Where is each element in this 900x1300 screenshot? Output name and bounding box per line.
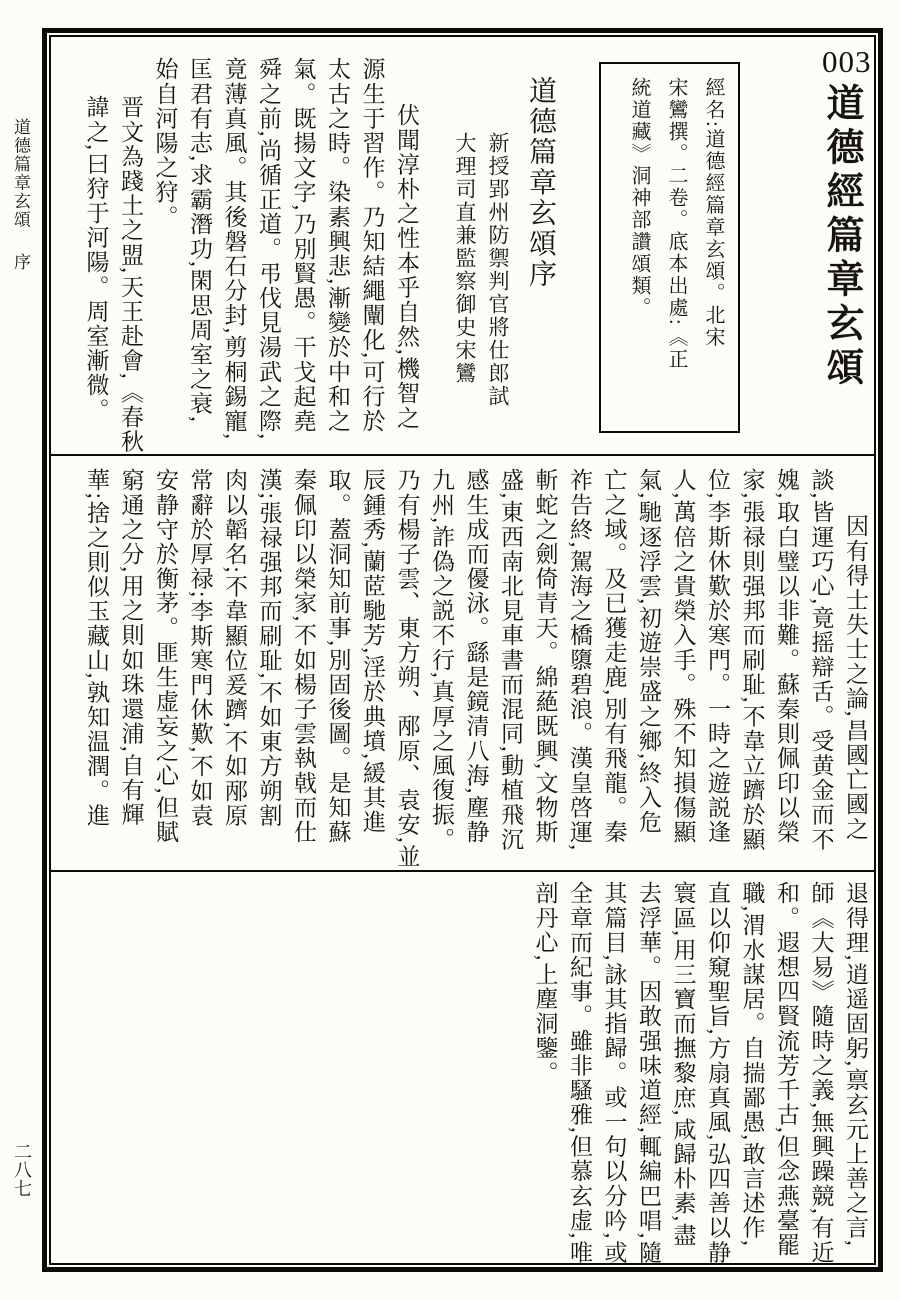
text-column: 源生于習作。乃知結繩闡化,可行於 — [361, 57, 384, 456]
colophon-column: 經名:道德經篇章玄頌。北宋 — [703, 77, 723, 371]
text-column: 竟薄真風。其後磐石分封,剪桐錫寵, — [223, 57, 246, 456]
body-upper-text: 因有得士失士之論,昌國亡國之 談,皆運巧心,竟摇辯舌。受黄金而不 媿,取白璧以非… — [74, 468, 868, 872]
colophon-box: 經名:道德經篇章玄頌。北宋 宋鸞撰。二卷。底本出處:《正 統道藏》洞神部讚頌類。 — [599, 62, 740, 433]
text-column: 九州,詐偽之説不行,真厚之風復振。 — [430, 468, 453, 872]
text-column: 氣,馳逐浮雲,初遊崇盛之鄉,終入危 — [637, 468, 660, 872]
text-column: 師《大易》隨時之義,無興躁競,有近沖 — [810, 881, 833, 1263]
text-column: 盛,東西南北見車書而混同,動植飛沉 — [499, 468, 522, 872]
text-column: 其篇目,詠其指歸。或一句以分吟,或 — [603, 881, 626, 1263]
text-column: 職,渭水謀居。自揣鄙愚,敢言述作, — [741, 881, 764, 1263]
text-column: 匡君有志,求霸潛功,閑思周室之衰, — [188, 57, 211, 456]
preface-heading: 道德篇章玄頌序 — [526, 76, 554, 290]
text-column: 談,皆運巧心,竟摇辯舌。受黄金而不 — [810, 468, 833, 872]
author-attribution: 新授郢州防禦判官將仕郎試 大理司直兼監察御史宋鸞 — [442, 132, 508, 408]
text-column: 肉以韜名;不韋顯位爰躋,不如邴原 — [223, 468, 246, 872]
running-title: 道德篇章玄頌序 — [12, 118, 29, 272]
text-column: 感生成而優泳。繇是鏡清八海,塵静 — [465, 468, 488, 872]
book-title: 道德經篇章玄頌 — [822, 83, 860, 391]
text-column: 伏聞淳朴之性本乎自然,機智之 — [395, 103, 418, 456]
text-column: 太古之時。染素興悲,漸變於中和之 — [326, 57, 349, 456]
text-column: 窮通之分,用之則如珠還浦,自有輝 — [120, 468, 143, 872]
text-column: 人,萬倍之貴榮入手。殊不知損傷顯 — [672, 468, 695, 872]
text-column: 因有得士失士之論,昌國亡國之 — [844, 514, 867, 872]
text-column: 晋文為踐土之盟,天王赴會,《春秋》 — [119, 95, 142, 456]
catalog-number: 003 — [822, 46, 870, 77]
text-column: 家,張禄則强邦而刷耻,不韋立躋於顯 — [741, 468, 764, 872]
running-title-text: 道德篇章玄頌 — [11, 118, 30, 229]
text-column: 氣。既揚文字,乃別賢愚。干戈起堯 — [292, 57, 315, 456]
text-column: 舜之前,尚循正道。弔伐見湯武之際, — [257, 57, 280, 456]
text-column: 取。蓋洞知前事,別固後圖。是知蘇 — [327, 468, 350, 872]
section-body-lower: 退得理,逍遥固躬,禀玄元上善之言, 師《大易》隨時之義,無興躁競,有近沖 和。遐… — [51, 872, 874, 1263]
text-column: 去浮華。因敢强味道經,輒編巴唱,隨 — [637, 881, 660, 1263]
text-column: 寰區,用三寶而撫黎庶,咸歸朴素,盡 — [672, 881, 695, 1263]
text-column: 媿,取白璧以非難。蘇秦則佩印以榮 — [775, 468, 798, 872]
text-column: 諱之,曰狩于河陽。周室漸微。 — [85, 95, 108, 456]
text-column: 秦佩印以榮家,不如楊子雲執戟而仕 — [292, 468, 315, 872]
page-frame-inner: 003 道德經篇章玄頌 經名:道德經篇章玄頌。北宋 宋鸞撰。二卷。底本出處:《正… — [49, 35, 876, 1265]
text-column: 亡之域。及已獲走鹿,別有飛龍。秦 — [603, 468, 626, 872]
text-column: 安静守於衡茅。匪生虚妄之心,但賦 — [154, 468, 177, 872]
text-column: 和。遐想四賢流芳千古,但念燕臺罷 — [775, 881, 798, 1263]
title-column: 003 道德經篇章玄頌 — [822, 46, 870, 391]
author-column: 新授郢州防禦判官將仕郎試 — [487, 132, 508, 408]
colophon-columns: 經名:道德經篇章玄頌。北宋 宋鸞撰。二卷。底本出處:《正 統道藏》洞神部讚頌類。 — [612, 77, 723, 371]
text-column: 全章而紀事。雖非騷雅,但慕玄虚,唯 — [568, 881, 591, 1263]
running-section-label: 序 — [12, 253, 29, 272]
text-column: 漢;張禄强邦而刷耻,不如東方朔割 — [258, 468, 281, 872]
text-column: 祚告終,駕海之橋隳碧浪。漢皇啓運, — [568, 468, 591, 872]
text-column: 斬蛇之劍倚青天。綿蕝既興,文物斯 — [534, 468, 557, 872]
text-column: 乃有楊子雲、東方朔、邴原、袁安,並星 — [396, 468, 419, 872]
colophon-column: 宋鸞撰。二卷。底本出處:《正 — [666, 77, 686, 371]
text-column: 辰鍾秀,蘭茝馳芳,淫於典墳,緩其進 — [361, 468, 384, 872]
text-column: 始自河陽之狩。 — [154, 57, 177, 456]
section-body-upper: 因有得士失士之論,昌國亡國之 談,皆運巧心,竟摇辯舌。受黄金而不 媿,取白璧以非… — [51, 456, 874, 872]
text-column: 直以仰窺聖旨,方扇真風,弘四善以静 — [706, 881, 729, 1263]
text-column: 華;捨之則似玉藏山,孰知温潤。進 — [85, 468, 108, 872]
folio-number: 二八七 — [13, 1142, 31, 1198]
text-column: 退得理,逍遥固躬,禀玄元上善之言, — [844, 881, 867, 1263]
section-header-preface: 003 道德經篇章玄頌 經名:道德經篇章玄頌。北宋 宋鸞撰。二卷。底本出處:《正… — [51, 37, 874, 456]
colophon-column: 統道藏》洞神部讚頌類。 — [629, 77, 649, 371]
body-lower-text: 退得理,逍遥固躬,禀玄元上善之言, 師《大易》隨時之義,無興躁競,有近沖 和。遐… — [522, 881, 867, 1263]
text-column: 常辭於厚禄;李斯寒門休歎,不如袁 — [189, 468, 212, 872]
text-column: 剖丹心,上塵洞鑒。 — [534, 881, 557, 1263]
text-column: 位,李斯休歎於寒門。一時之遊説逢 — [706, 468, 729, 872]
author-column: 大理司直兼監察御史宋鸞 — [454, 132, 475, 408]
preface-text: 伏聞淳朴之性本乎自然,機智之 源生于習作。乃知結繩闡化,可行於 太古之時。染素興… — [73, 57, 418, 456]
scanned-page: { "page": { "code": "003", "folio": "二八七… — [0, 0, 900, 1300]
page-frame: 003 道德經篇章玄頌 經名:道德經篇章玄頌。北宋 宋鸞撰。二卷。底本出處:《正… — [42, 28, 883, 1272]
